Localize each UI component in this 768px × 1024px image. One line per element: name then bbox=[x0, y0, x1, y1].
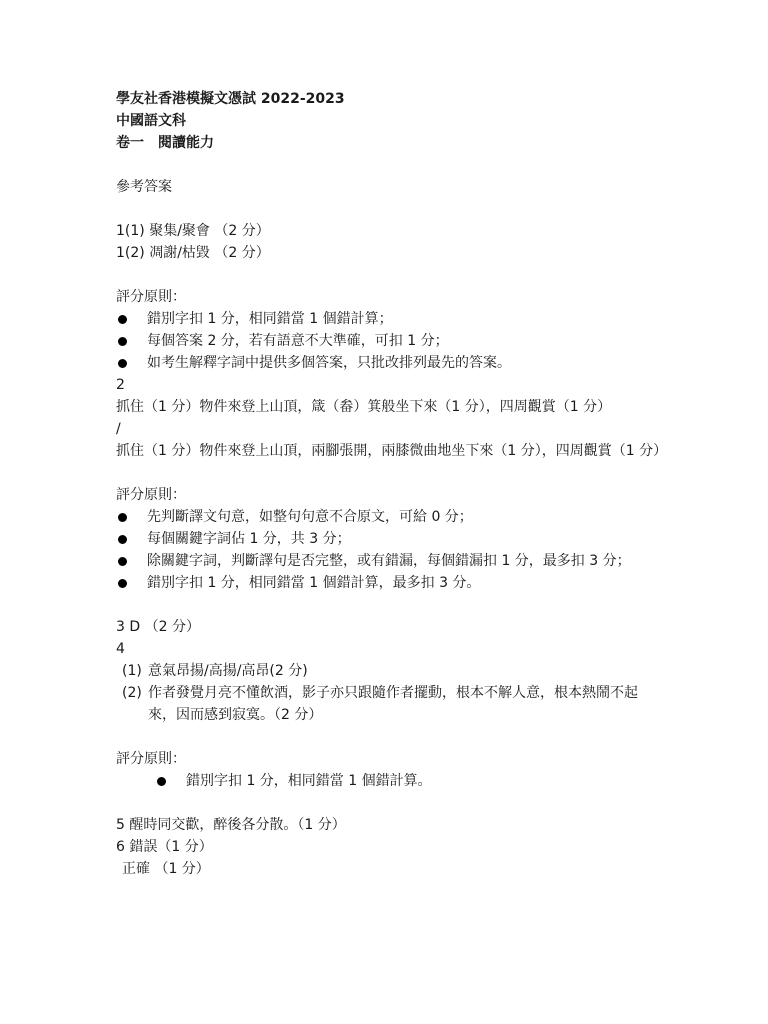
document-title: 學友社香港模擬文憑試 2022-2023 bbox=[116, 88, 661, 110]
paper-title: 卷一 閱讀能力 bbox=[116, 132, 661, 154]
bullet-icon bbox=[116, 308, 147, 330]
q2-answer-a: 抓住（1 分）物件來登上山頂，箴（畚）箕般坐下來（1 分），四周觀賞（1 分） bbox=[116, 396, 661, 418]
q3-answer: 3 D （2 分） bbox=[116, 616, 661, 638]
q1-answer-1: 1(1) 聚集/聚會 （2 分） bbox=[116, 220, 661, 242]
q2-principle: 除關鍵字詞，判斷譯句是否完整，或有錯漏，每個錯漏扣 1 分，最多扣 3 分； bbox=[116, 550, 661, 572]
q4-item: (2) 作者發覺月亮不懂飲酒，影子亦只跟隨作者擺動，根本不解人意，根本熱鬧不起來… bbox=[116, 682, 661, 726]
q6-answer-1: 6 錯誤（1 分） bbox=[116, 836, 661, 858]
q2-separator: / bbox=[116, 418, 661, 440]
bullet-icon bbox=[116, 506, 147, 528]
q4-item: (1) 意氣昂揚/高揚/高昂(2 分) bbox=[116, 660, 661, 682]
section-label: 參考答案 bbox=[116, 176, 661, 198]
q4-number: 4 bbox=[116, 638, 661, 660]
answer-document: 學友社香港模擬文憑試 2022-2023 中國語文科 卷一 閱讀能力 參考答案 … bbox=[116, 88, 661, 880]
q2-principle: 錯別字扣 1 分，相同錯當 1 個錯計算，最多扣 3 分。 bbox=[116, 572, 661, 594]
q2-principle: 先判斷譯文句意，如整句句意不合原文，可給 0 分； bbox=[116, 506, 661, 528]
bullet-icon bbox=[155, 770, 186, 792]
bullet-icon bbox=[116, 572, 147, 594]
bullet-icon bbox=[116, 528, 147, 550]
q4-principles-label: 評分原則： bbox=[116, 748, 661, 770]
bullet-icon bbox=[116, 352, 147, 374]
bullet-icon bbox=[116, 550, 147, 572]
q1-principle: 錯別字扣 1 分，相同錯當 1 個錯計算； bbox=[116, 308, 661, 330]
q4-principle: 錯別字扣 1 分，相同錯當 1 個錯計算。 bbox=[116, 770, 661, 792]
q1-principles-label: 評分原則： bbox=[116, 286, 661, 308]
subject-title: 中國語文科 bbox=[116, 110, 661, 132]
q1-answer-2: 1(2) 凋謝/枯毀 （2 分） bbox=[116, 242, 661, 264]
q6-answer-2: 正確 （1 分） bbox=[116, 858, 661, 880]
q2-answer-b: 抓住（1 分）物件來登上山頂，兩腳張開，兩膝微曲地坐下來（1 分），四周觀賞（1… bbox=[116, 440, 661, 462]
q2-principle: 每個關鍵字詞佔 1 分，共 3 分； bbox=[116, 528, 661, 550]
q2-principles-label: 評分原則： bbox=[116, 484, 661, 506]
q1-principle: 每個答案 2 分，若有語意不大準確，可扣 1 分； bbox=[116, 330, 661, 352]
q2-number: 2 bbox=[116, 374, 661, 396]
bullet-icon bbox=[116, 330, 147, 352]
q5-answer: 5 醒時同交歡，醉後各分散。（1 分） bbox=[116, 814, 661, 836]
q1-principle: 如考生解釋字詞中提供多個答案，只批改排列最先的答案。 bbox=[116, 352, 661, 374]
